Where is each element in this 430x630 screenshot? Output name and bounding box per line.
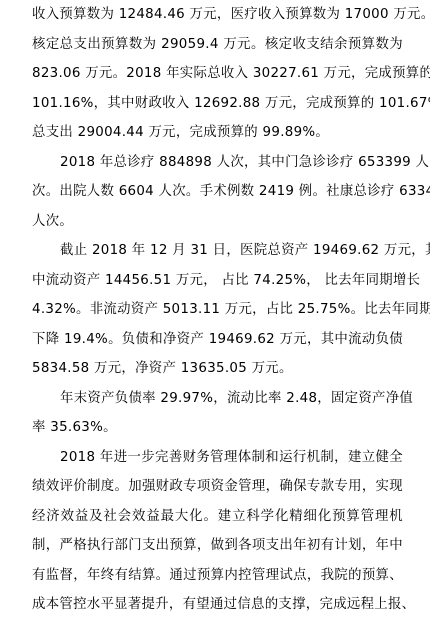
text-line: 101.16%，其中财政收入 12692.88 万元，完成预算的 101.67%… [32,89,403,119]
text-line: 有监督，年终有结算。通过预算内控管理试点，我院的预算、 [32,561,403,591]
text-line: 截止 2018 年 12 月 31 日，医院总资产 19469.62 万元，其 [32,236,403,266]
text-line: 2018 年总诊疗 884898 人次，其中门急诊诊疗 653399 人 [32,148,403,178]
text-line: 收入预算数为 12484.46 万元，医疗收入预算数为 17000 万元。 [32,0,403,30]
text-line: 2018 年进一步完善财务管理体制和运行机制，建立健全 [32,443,403,473]
text-line: 经济效益及社会效益最大化。建立科学化精细化预算管理机 [32,502,403,532]
text-line: 5834.58 万元，净资产 13635.05 万元。 [32,354,403,384]
document-page: 收入预算数为 12484.46 万元，医疗收入预算数为 17000 万元。 核定… [32,0,403,620]
text-line: 中流动资产 14456.51 万元， 占比 74.25%， 比去年同期增长 [32,266,403,296]
text-line: 率 35.63%。 [32,413,403,443]
paragraph-management: 2018 年进一步完善财务管理体制和运行机制，建立健全 绩效评价制度。加强财政专… [32,443,403,620]
text-line: 核定总支出预算数为 29059.4 万元。核定收支结余预算数为 [32,30,403,60]
text-line: 绩效评价制度。加强财政专项资金管理，确保专款专用，实现 [32,472,403,502]
text-line: 4.32%。非流动资产 5013.11 万元，占比 25.75%。比去年同期 [32,295,403,325]
paragraph-ratios: 年末资产负债率 29.97%，流动比率 2.48，固定资产净值 率 35.63%… [32,384,403,443]
text-line: 成本管控水平显著提升，有望通过信息的支撑，完成远程上报、 [32,590,403,620]
text-line: 下降 19.4%。负债和净资产 19469.62 万元，其中流动负债 [32,325,403,355]
text-line: 制，严格执行部门支出预算，做到各项支出年初有计划，年中 [32,531,403,561]
paragraph-budget: 收入预算数为 12484.46 万元，医疗收入预算数为 17000 万元。 核定… [32,0,403,148]
text-line: 次。出院人数 6604 人次。手术例数 2419 例。社康总诊疗 633419 [32,177,403,207]
text-line: 人次。 [32,207,403,237]
text-line: 年末资产负债率 29.97%，流动比率 2.48，固定资产净值 [32,384,403,414]
text-line: 823.06 万元。2018 年实际总收入 30227.61 万元，完成预算的 [32,59,403,89]
paragraph-assets: 截止 2018 年 12 月 31 日，医院总资产 19469.62 万元，其 … [32,236,403,384]
text-line: 总支出 29004.44 万元，完成预算的 99.89%。 [32,118,403,148]
paragraph-visits: 2018 年总诊疗 884898 人次，其中门急诊诊疗 653399 人 次。出… [32,148,403,237]
